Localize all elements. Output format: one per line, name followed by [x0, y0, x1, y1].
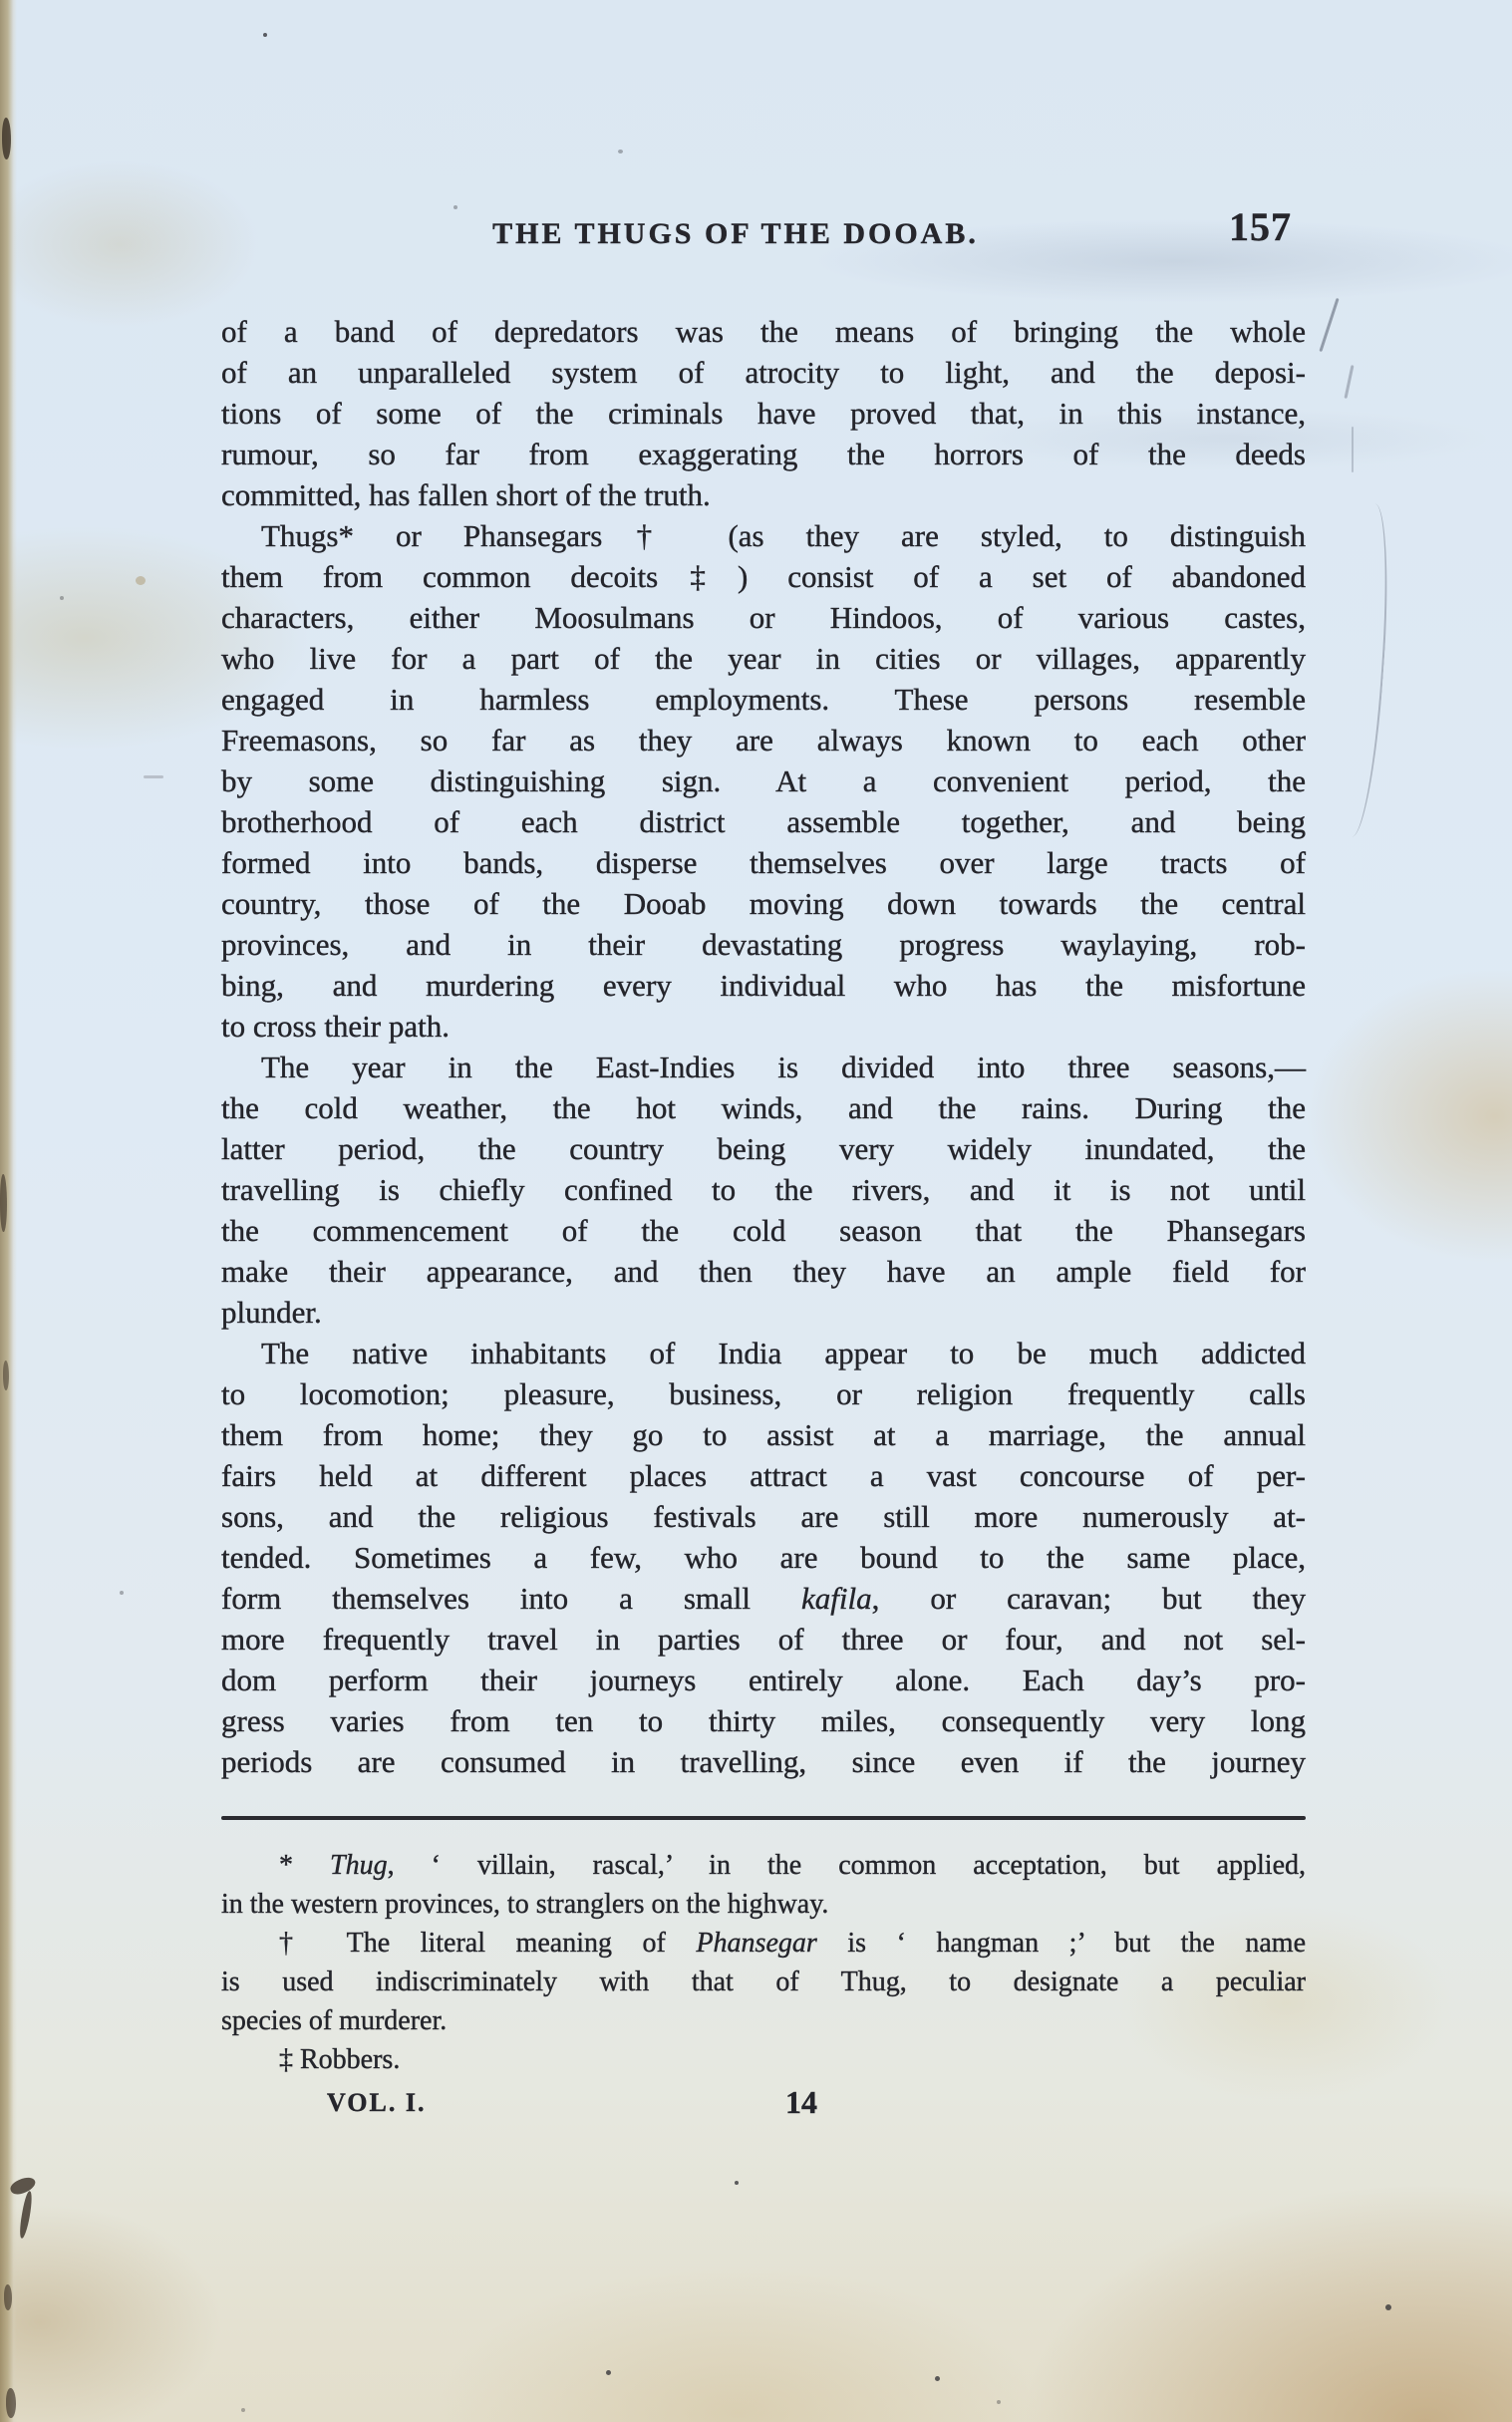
scanned-book-page: THE THUGS OF THE DOOAB. 157 of a band of…	[0, 0, 1512, 2422]
pencil-curve-mark	[1332, 502, 1394, 838]
page-number: 157	[1229, 203, 1292, 250]
text-line: rumour, so far from exaggerating the hor…	[221, 434, 1306, 474]
edge-tear-mark	[2, 118, 11, 159]
text-line: of an unparalleled system of atrocity to…	[221, 352, 1306, 393]
ink-speck	[241, 2408, 245, 2412]
text-line: plunder.	[221, 1292, 1306, 1333]
text-line: periods are consumed in travelling, sinc…	[221, 1741, 1306, 1782]
text-line: The native inhabitants of India appear t…	[221, 1333, 1306, 1373]
ink-speck	[454, 205, 457, 209]
paragraph: † The literal meaning of Phansegar is ‘ …	[221, 1924, 1306, 2040]
text-line: Freemasons, so far as they are always kn…	[221, 720, 1306, 760]
text-line: latter period, the country being very wi…	[221, 1128, 1306, 1169]
footnotes: * Thug, ‘ villain, rascal,’ in the commo…	[221, 1846, 1306, 2079]
text-line: species of murderer.	[221, 2001, 1306, 2040]
pencil-mark	[1319, 298, 1339, 352]
text-line: provinces, and in their devastating prog…	[221, 924, 1306, 965]
text-line: fairs held at different places attract a…	[221, 1455, 1306, 1496]
text-line: committed, has fallen short of the truth…	[221, 474, 1306, 515]
paragraph: * Thug, ‘ villain, rascal,’ in the commo…	[221, 1846, 1306, 1924]
text-line: dom perform their journeys entirely alon…	[221, 1660, 1306, 1700]
edge-tear-mark	[4, 2284, 12, 2310]
ink-speck	[1385, 2304, 1391, 2310]
text-line: the cold weather, the hot winds, and the…	[221, 1087, 1306, 1128]
text-line: sons, and the religious festivals are st…	[221, 1496, 1306, 1537]
text-line: by some distinguishing sign. At a conven…	[221, 760, 1306, 801]
text-line: gress varies from ten to thirty miles, c…	[221, 1700, 1306, 1741]
body-text: of a band of depredators was the means o…	[221, 311, 1306, 1782]
text-line: brotherhood of each district assemble to…	[221, 801, 1306, 842]
text-line: more frequently travel in parties of thr…	[221, 1619, 1306, 1660]
text-line: in the western provinces, to stranglers …	[221, 1885, 1306, 1924]
ink-speck	[935, 2376, 940, 2381]
ink-speck	[263, 33, 267, 37]
text-line: country, those of the Dooab moving down …	[221, 883, 1306, 924]
ink-speck	[997, 2400, 1001, 2404]
text-line: to cross their path.	[221, 1006, 1306, 1047]
text-line: † The literal meaning of Phansegar is ‘ …	[221, 1924, 1306, 1963]
text-line: form themselves into a small kafila, or …	[221, 1578, 1306, 1619]
text-line: bing, and murdering every individual who…	[221, 965, 1306, 1006]
ink-speck	[618, 150, 623, 153]
text-line: Thugs* or Phansegars† (as they are style…	[221, 515, 1306, 556]
text-block: THE THUGS OF THE DOOAB. 157 of a band of…	[221, 211, 1306, 2128]
running-header-title: THE THUGS OF THE DOOAB.	[193, 211, 1278, 257]
text-line: The year in the East-Indies is divided i…	[221, 1047, 1306, 1087]
text-line: travelling is chiefly confined to the ri…	[221, 1169, 1306, 1210]
paragraph: ‡ Robbers.	[221, 2040, 1306, 2079]
ink-speck	[735, 2181, 739, 2185]
text-line: them from common decoits‡) consist of a …	[221, 556, 1306, 597]
text-line: who live for a part of the year in citie…	[221, 638, 1306, 679]
paragraph: The native inhabitants of India appear t…	[221, 1333, 1306, 1782]
text-line: tended. Sometimes a few, who are bound t…	[221, 1537, 1306, 1578]
text-line: ‡ Robbers.	[221, 2040, 1306, 2079]
text-line: them from home; they go to assist at a m…	[221, 1414, 1306, 1455]
ink-speck	[120, 1591, 124, 1595]
page-footer: VOL. I. 14	[221, 2084, 1306, 2128]
text-line: the commencement of the cold season that…	[221, 1210, 1306, 1251]
text-line: make their appearance, and then they hav…	[221, 1251, 1306, 1292]
text-line: * Thug, ‘ villain, rascal,’ in the commo…	[221, 1846, 1306, 1885]
text-line: engaged in harmless employments. These p…	[221, 679, 1306, 720]
text-line: to locomotion; pleasure, business, or re…	[221, 1373, 1306, 1414]
text-line: tions of some of the criminals have prov…	[221, 393, 1306, 434]
pencil-dash	[144, 775, 163, 778]
text-line: of a band of depredators was the means o…	[221, 311, 1306, 352]
pencil-mark	[1352, 427, 1354, 472]
paragraph: Thugs* or Phansegars† (as they are style…	[221, 515, 1306, 1047]
text-line: formed into bands, disperse themselves o…	[221, 842, 1306, 883]
edge-tear-mark	[3, 1361, 9, 1390]
edge-tear-mark	[6, 2388, 16, 2418]
paragraph: The year in the East-Indies is divided i…	[221, 1047, 1306, 1333]
running-header: THE THUGS OF THE DOOAB. 157	[221, 211, 1306, 263]
text-line: is used indiscriminately with that of Th…	[221, 1963, 1306, 2001]
pencil-mark	[1344, 365, 1354, 399]
edge-tear-mark	[0, 1174, 7, 1232]
edge-tear-mark	[18, 2191, 34, 2240]
footnote-rule	[221, 1816, 1306, 1820]
sheet-number: 14	[785, 2084, 817, 2121]
paragraph: of a band of depredators was the means o…	[221, 311, 1306, 515]
text-line: characters, either Moosulmans or Hindoos…	[221, 597, 1306, 638]
ink-speck	[606, 2370, 611, 2375]
volume-label: VOL. I.	[327, 2088, 426, 2118]
paper-smudge	[136, 576, 146, 585]
ink-speck	[60, 596, 64, 600]
